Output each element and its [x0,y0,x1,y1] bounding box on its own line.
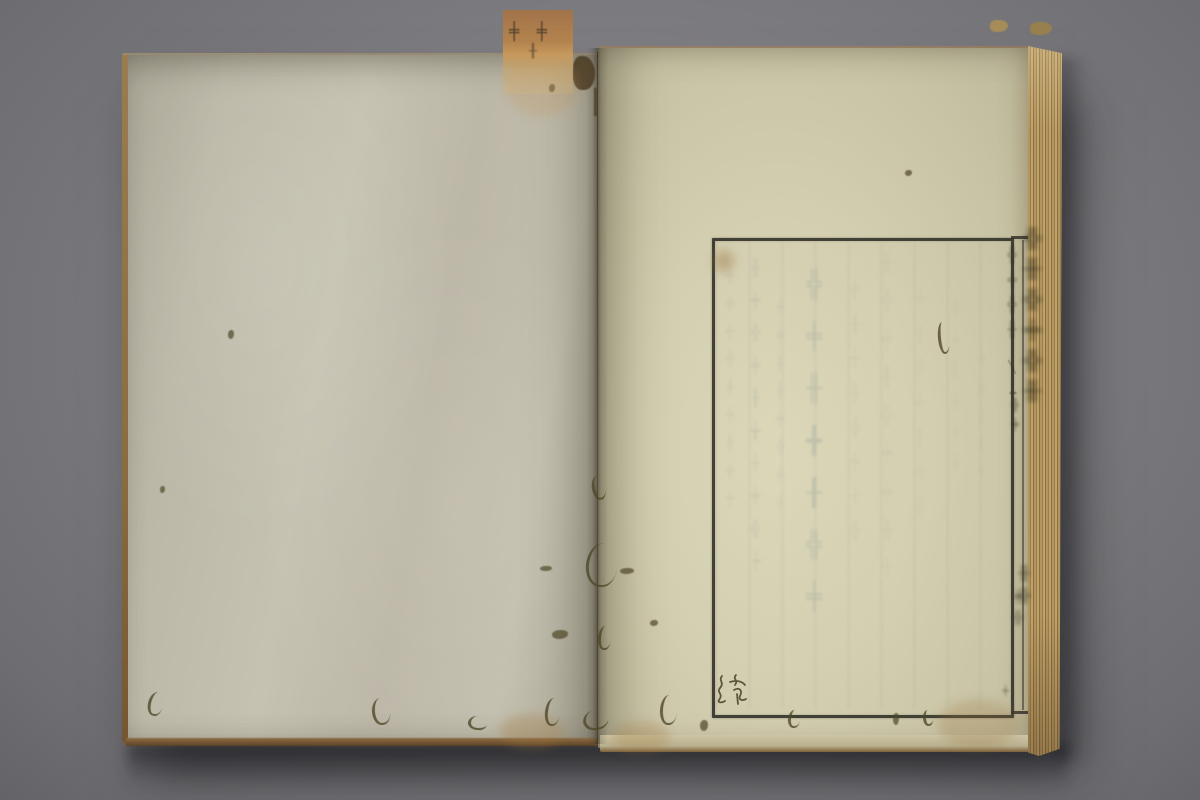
left-blank-endpaper [122,53,598,745]
fore-edge-page-stack [1028,46,1062,756]
gutter-damage-blob [573,56,595,90]
center-fold-line [597,52,598,742]
printed-frame-border [712,238,1014,718]
book-photograph: ╆╪┾╬╂┽╫╪┿╫┿╬╪╂╈┼╪╬┽┾╪╫╂┿╬╪┼╬╪╫╋╂╬╪╪╂┿╫╬╪… [0,0,1200,800]
volume-label-tag: ╪ ╪ ╂ [503,10,573,94]
cover-edge [122,55,128,745]
tag-marks-sub: ╂ [529,44,537,59]
end-mark-character [712,670,752,710]
tag-marks: ╪ ╪ [509,22,569,42]
margin-column-line [1022,240,1024,710]
end-mark-glyph [712,670,752,710]
bottom-cover-edge [126,738,598,746]
tatter [1030,22,1052,35]
bottom-page-edges [600,735,1040,752]
gutter-damage-tail [594,88,597,116]
tatter [990,20,1008,32]
